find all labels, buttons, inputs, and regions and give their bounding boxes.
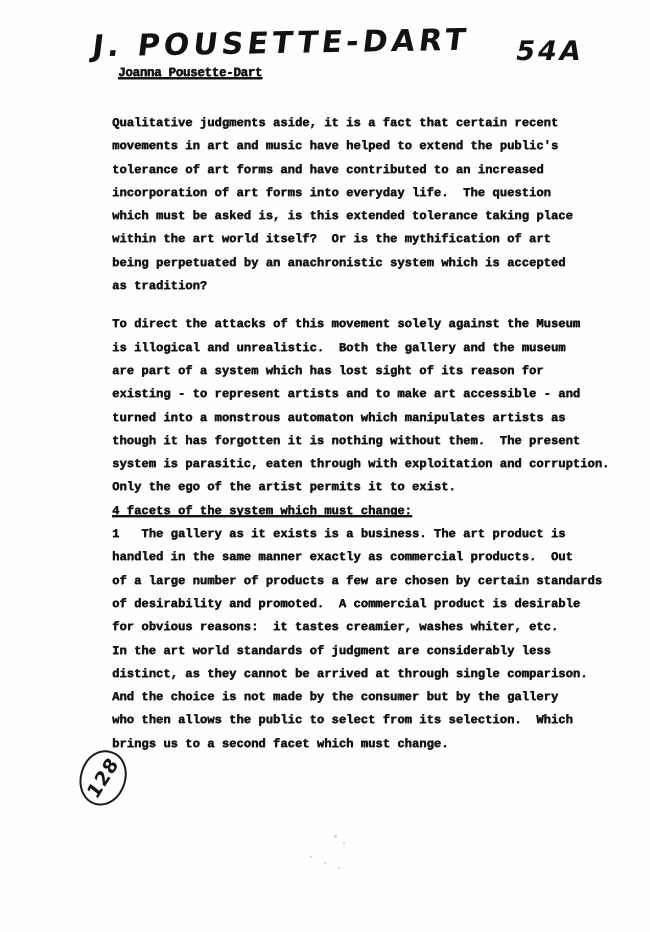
text-line: system is parasitic, eaten through with …: [112, 453, 632, 476]
paragraph-facet-one-gallery-business: 1 The gallery as it exists is a business…: [112, 523, 632, 756]
stamp-number-text: 128: [83, 753, 123, 803]
document-body: Qualitative judgments aside, it is a fac…: [112, 112, 632, 756]
text-line: movements in art and music have helped t…: [112, 135, 632, 158]
text-line: distinct, as they cannot be arrived at t…: [112, 663, 632, 686]
handwritten-artist-name: J. POUSETTE-DART: [90, 23, 471, 65]
text-line: are part of a system which has lost sigh…: [112, 360, 632, 383]
scan-speck: [343, 842, 345, 844]
text-line: tolerance of art forms and have contribu…: [112, 159, 632, 182]
text-line: as tradition?: [112, 275, 632, 298]
scan-speck: [310, 856, 312, 858]
scanned-document-page: J. POUSETTE-DART 54A Joanna Pousette-Dar…: [0, 0, 650, 932]
text-line: Qualitative judgments aside, it is a fac…: [112, 112, 632, 135]
text-line: within the art world itself? Or is the m…: [112, 228, 632, 251]
text-line: of a large number of products a few are …: [112, 570, 632, 593]
text-line: Only the ego of the artist permits it to…: [112, 476, 632, 499]
text-line: of desirability and promoted. A commerci…: [112, 593, 632, 616]
text-line: handled in the same manner exactly as co…: [112, 546, 632, 569]
text-line: To direct the attacks of this movement s…: [112, 313, 632, 336]
text-line: incorporation of art forms into everyday…: [112, 182, 632, 205]
text-line: is illogical and unrealistic. Both the g…: [112, 337, 632, 360]
paragraph-gallery-museum-system: To direct the attacks of this movement s…: [112, 313, 632, 499]
handwritten-page-number: 54A: [513, 36, 587, 67]
text-line: which must be asked is, is this extended…: [112, 205, 632, 228]
section-heading-four-facets: 4 facets of the system which must change…: [112, 500, 632, 523]
text-line: existing - to represent artists and to m…: [112, 383, 632, 406]
scan-speck: [338, 867, 340, 869]
text-line: for obvious reasons: it tastes creamier,…: [112, 616, 632, 639]
text-line: And the choice is not made by the consum…: [112, 686, 632, 709]
text-line: In the art world standards of judgment a…: [112, 640, 632, 663]
text-line: being perpetuated by an anachronistic sy…: [112, 252, 632, 275]
text-line: 1 The gallery as it exists is a business…: [112, 523, 632, 546]
scan-speck: [324, 862, 326, 864]
text-line: turned into a monstrous automaton which …: [112, 407, 632, 430]
text-line: who then allows the public to select fro…: [112, 709, 632, 732]
typed-artist-name: Joanna Pousette-Dart: [118, 66, 262, 80]
scan-speck: [334, 835, 337, 838]
text-line: though it has forgotten it is nothing wi…: [112, 430, 632, 453]
text-line: brings us to a second facet which must c…: [112, 733, 632, 756]
paragraph-tolerance-of-art: Qualitative judgments aside, it is a fac…: [112, 112, 632, 298]
